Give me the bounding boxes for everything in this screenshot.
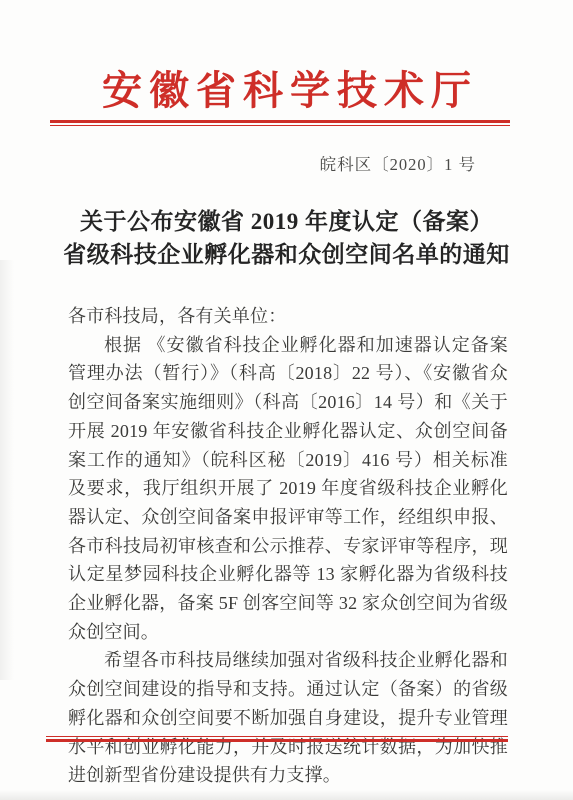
notice-title-line1: 关于公布安徽省 2019 年度认定（备案）	[52, 205, 522, 238]
notice-title: 关于公布安徽省 2019 年度认定（备案） 省级科技企业孵化器和众创空间名单的通…	[52, 205, 522, 271]
document-page: 安徽省科学技术厅 皖科区〔2020〕1 号 关于公布安徽省 2019 年度认定（…	[0, 0, 573, 800]
body-paragraph-1: 根据 《安徽省科技企业孵化器和加速器认定备案管理办法（暂行）》（科高〔2018〕…	[68, 331, 508, 647]
salutation: 各市科技局，各有关单位：	[68, 302, 508, 331]
notice-title-line2: 省级科技企业孵化器和众创空间名单的通知	[52, 238, 522, 271]
header-double-rule	[50, 120, 510, 126]
body-paragraph-2: 希望各市科技局继续加强对省级科技企业孵化器和众创空间建设的指导和支持。通过认定（…	[68, 646, 508, 790]
agency-title: 安徽省科学技术厅	[0, 66, 573, 116]
notice-body: 各市科技局，各有关单位： 根据 《安徽省科技企业孵化器和加速器认定备案管理办法（…	[68, 302, 508, 790]
document-number: 皖科区〔2020〕1 号	[0, 153, 573, 177]
footer-double-rule	[46, 736, 508, 742]
